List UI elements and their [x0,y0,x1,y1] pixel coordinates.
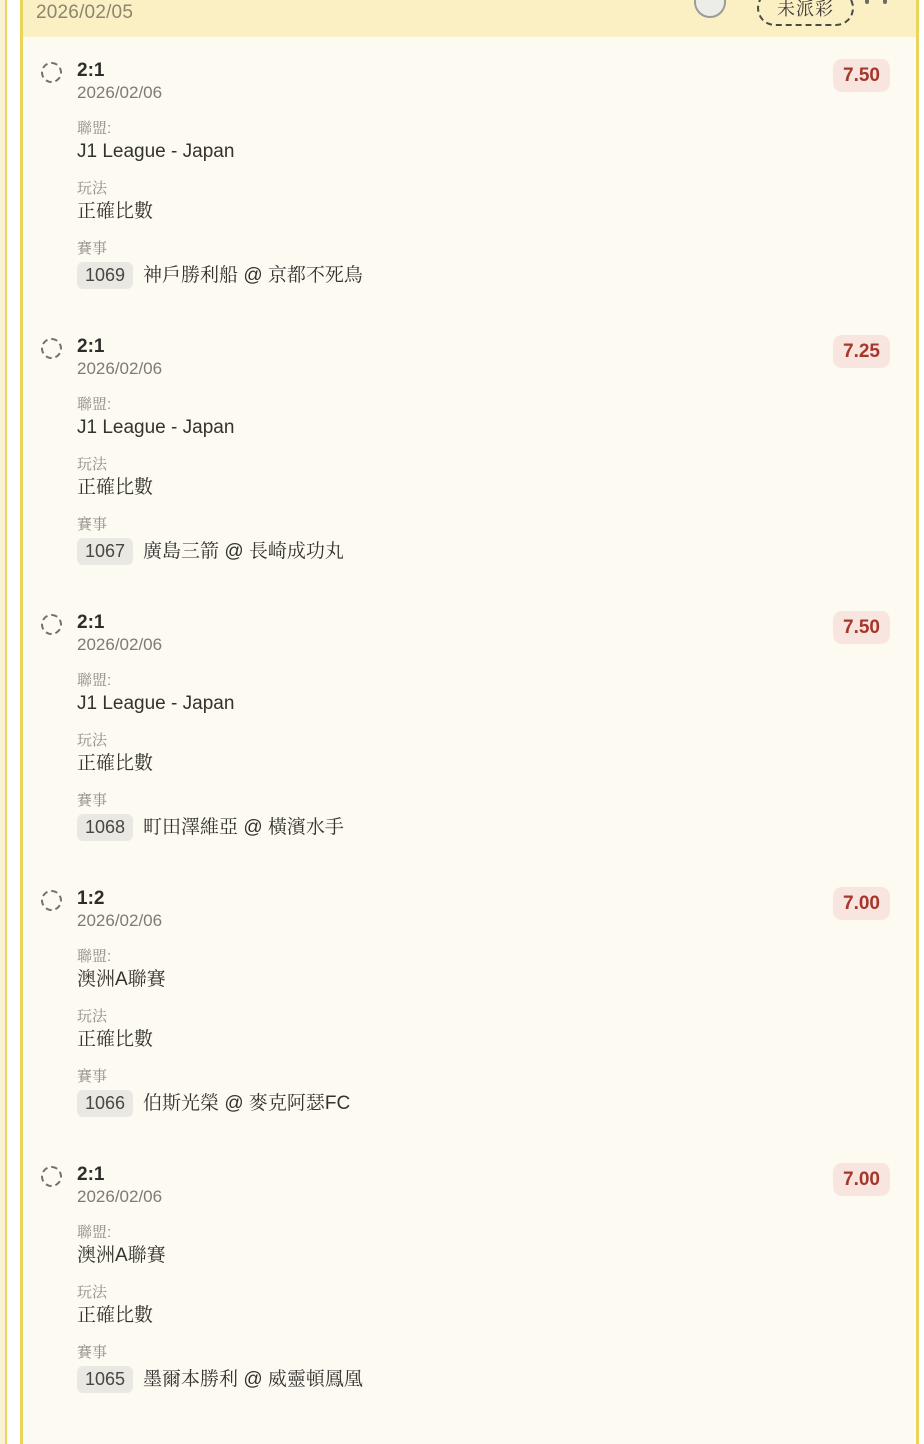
bet-score: 2:1 [77,335,890,358]
bet-select-radio[interactable] [41,62,62,83]
bet-card-main: 1:2 2026/02/06 聯盟: 澳洲A聯賽 玩法 正確比數 賽事 1066… [77,887,890,1117]
odds-badge: 7.50 [833,59,890,92]
bet-card: 2:1 2026/02/06 聯盟: J1 League - Japan 玩法 … [23,589,916,865]
match-label: 賽事 [77,515,890,534]
match-id-badge: 1068 [77,814,133,841]
match-label: 賽事 [77,239,890,258]
bet-select-radio[interactable] [41,890,62,911]
match-row: 1069 神戶勝利船 @ 京都不死鳥 [77,262,890,289]
page: { "header": { "date": "2026/02/05", "sta… [0,0,924,1444]
play-value: 正確比數 [77,476,890,500]
match-id-badge: 1069 [77,262,133,289]
match-name: 墨爾本勝利 @ 威靈頓鳳凰 [143,1366,363,1393]
bet-card-main: 2:1 2026/02/06 聯盟: J1 League - Japan 玩法 … [77,59,890,289]
odds-badge: 7.50 [833,611,890,644]
odds-badge: 7.25 [833,335,890,368]
match-row: 1066 伯斯光榮 @ 麥克阿瑟FC [77,1090,890,1117]
bet-card: 2:1 2026/02/06 聯盟: J1 League - Japan 玩法 … [23,37,916,313]
bet-history-panel: 2026/02/05 未派彩 2:1 2026/02/06 聯盟: J1 Lea… [20,0,919,1444]
league-value: J1 League - Japan [77,416,890,440]
match-name: 神戶勝利船 @ 京都不死鳥 [143,262,363,289]
bet-date: 2026/02/06 [77,82,890,104]
match-name: 伯斯光榮 @ 麥克阿瑟FC [143,1090,350,1117]
match-row: 1065 墨爾本勝利 @ 威靈頓鳳凰 [77,1366,890,1393]
play-value: 正確比數 [77,1304,890,1328]
play-label: 玩法 [77,1007,890,1026]
match-row: 1068 町田澤維亞 @ 橫濱水手 [77,814,890,841]
bet-card: 1:2 2026/02/06 聯盟: 澳洲A聯賽 玩法 正確比數 賽事 1066… [23,865,916,1141]
league-value: J1 League - Japan [77,692,890,716]
league-label: 聯盟: [77,947,890,966]
play-label: 玩法 [77,731,890,750]
play-value: 正確比數 [77,1028,890,1052]
bet-select-radio[interactable] [41,1166,62,1187]
select-all-radio-icon[interactable] [694,0,726,18]
bet-card-main: 2:1 2026/02/06 聯盟: 澳洲A聯賽 玩法 正確比數 賽事 1065… [77,1163,890,1393]
match-row: 1067 廣島三箭 @ 長崎成功丸 [77,538,890,565]
bet-score: 2:1 [77,59,890,82]
match-name: 廣島三箭 @ 長崎成功丸 [143,538,344,565]
odds-badge: 7.00 [833,887,890,920]
group-date: 2026/02/05 [36,2,133,24]
match-label: 賽事 [77,1343,890,1362]
bet-score: 2:1 [77,611,890,634]
play-value: 正確比數 [77,200,890,224]
bet-date: 2026/02/06 [77,358,890,380]
date-group-header: 2026/02/05 未派彩 [23,0,916,37]
bet-date: 2026/02/06 [77,634,890,656]
match-id-badge: 1065 [77,1366,133,1393]
bet-score: 1:2 [77,887,890,910]
league-value: J1 League - Japan [77,140,890,164]
bet-card-main: 2:1 2026/02/06 聯盟: J1 League - Japan 玩法 … [77,611,890,841]
status-chip[interactable]: 未派彩 [757,0,854,26]
bet-score: 2:1 [77,1163,890,1186]
odds-badge: 7.00 [833,1163,890,1196]
play-label: 玩法 [77,455,890,474]
league-label: 聯盟: [77,395,890,414]
play-value: 正確比數 [77,752,890,776]
bet-date: 2026/02/06 [77,1186,890,1208]
league-label: 聯盟: [77,671,890,690]
bet-card-main: 2:1 2026/02/06 聯盟: J1 League - Japan 玩法 … [77,335,890,565]
bet-select-radio[interactable] [41,338,62,359]
bet-date: 2026/02/06 [77,910,890,932]
match-id-badge: 1066 [77,1090,133,1117]
league-label: 聯盟: [77,1223,890,1242]
play-label: 玩法 [77,179,890,198]
play-label: 玩法 [77,1283,890,1302]
bet-list: 2:1 2026/02/06 聯盟: J1 League - Japan 玩法 … [23,37,916,1417]
match-id-badge: 1067 [77,538,133,565]
bet-card: 2:1 2026/02/06 聯盟: J1 League - Japan 玩法 … [23,313,916,589]
match-label: 賽事 [77,1067,890,1086]
chevron-icon[interactable] [863,0,903,6]
match-name: 町田澤維亞 @ 橫濱水手 [143,814,344,841]
match-label: 賽事 [77,791,890,810]
bet-card: 2:1 2026/02/06 聯盟: 澳洲A聯賽 玩法 正確比數 賽事 1065… [23,1141,916,1417]
league-value: 澳洲A聯賽 [77,1244,890,1268]
adjacent-panel-edge [0,0,7,1444]
league-label: 聯盟: [77,119,890,138]
bet-select-radio[interactable] [41,614,62,635]
league-value: 澳洲A聯賽 [77,968,890,992]
